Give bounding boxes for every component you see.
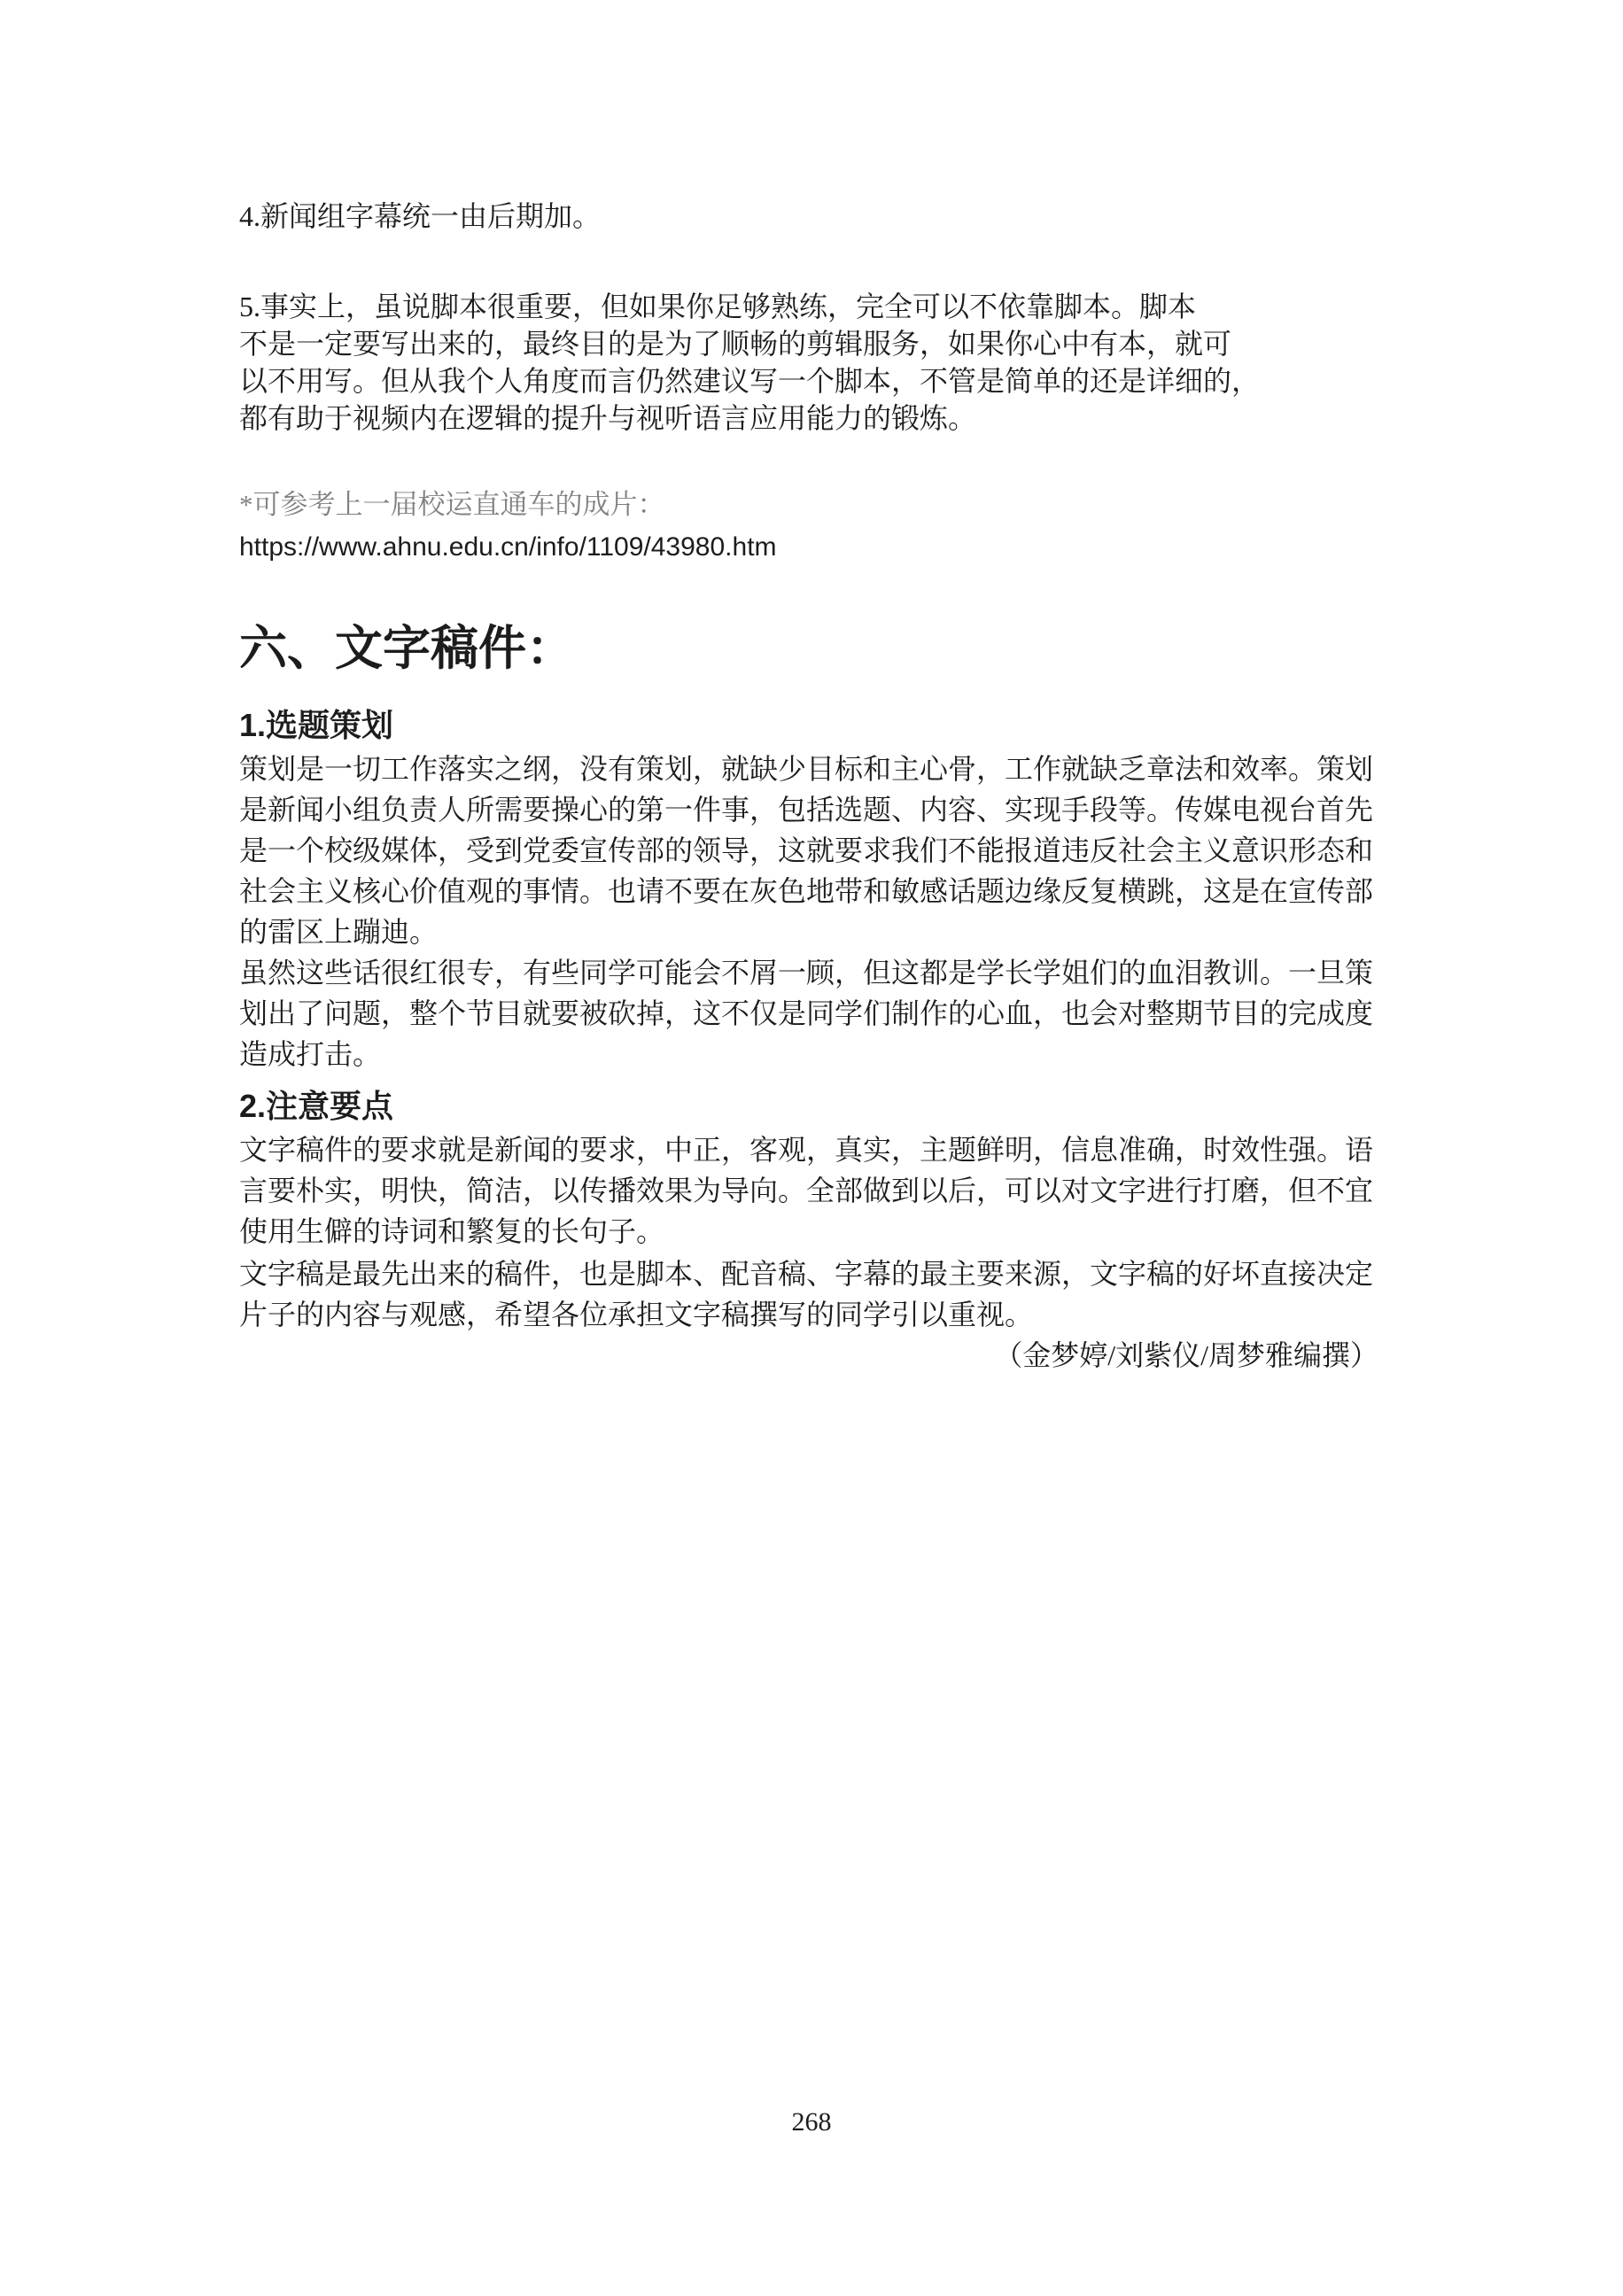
- section-heading: 六、文字稿件：: [239, 617, 1409, 680]
- paragraph-topic-planning-1: 策划是一切工作落实之纲，没有策划，就缺少目标和主心骨，工作就缺乏章法和效率。策划…: [239, 749, 1409, 952]
- numbered-item-4: 4.新闻组字幕统一由后期加。: [239, 197, 1409, 236]
- paragraph-key-points-1: 文字稿件的要求就是新闻的要求，中正，客观，真实，主题鲜明，信息准确，时效性强。语…: [239, 1129, 1409, 1252]
- page-number: 268: [0, 2105, 1623, 2140]
- reference-url-link[interactable]: https://www.ahnu.edu.cn/info/1109/43980.…: [239, 529, 1409, 566]
- reference-note: *可参考上一届校运直通车的成片：: [239, 486, 1409, 524]
- paragraph-topic-planning-2: 虽然这些话很红很专，有些同学可能会不屑一顾，但这都是学长学姐们的血泪教训。一旦策…: [239, 952, 1409, 1074]
- subsection-heading-topic-planning: 1.选题策划: [239, 704, 1409, 747]
- subsection-heading-key-points: 2.注意要点: [239, 1085, 1409, 1128]
- numbered-item-5: 5.事实上，虽说脚本很重要，但如果你足够熟练，完全可以不依靠脚本。脚本 不是一定…: [239, 288, 1409, 437]
- paragraph-key-points-2: 文字稿是最先出来的稿件，也是脚本、配音稿、字幕的最主要来源，文字稿的好坏直接决定…: [239, 1253, 1409, 1335]
- document-page: 4.新闻组字幕统一由后期加。 5.事实上，虽说脚本很重要，但如果你足够熟练，完全…: [0, 0, 1623, 2296]
- attribution-credit: （金梦婷/刘紫仪/周梦雅编撰）: [239, 1335, 1378, 1376]
